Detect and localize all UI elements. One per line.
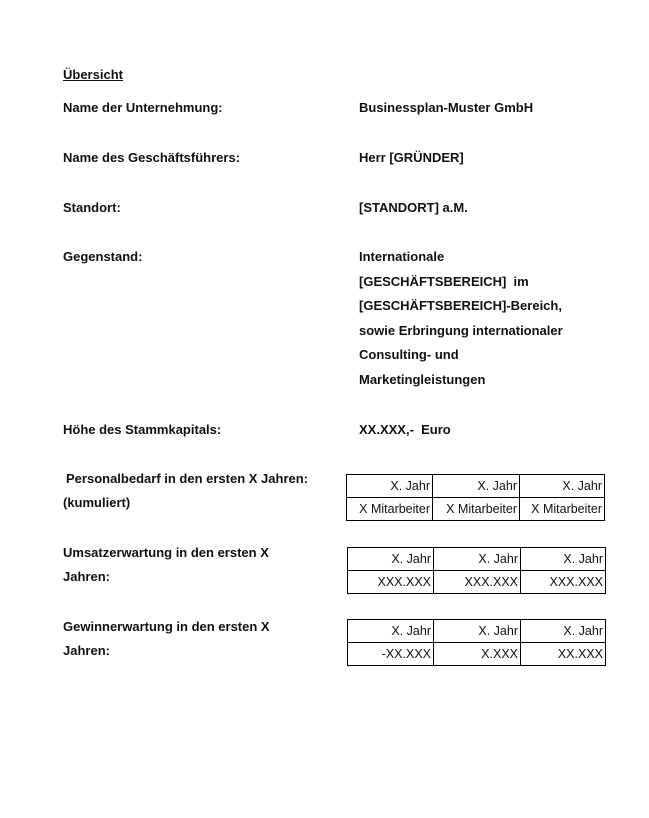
profit-label-line: Jahren: [63,639,270,663]
value-business-purpose: Internationale [GESCHÄFTSBEREICH] im [GE… [359,245,563,392]
purpose-line: sowie Erbringung internationaler [359,319,563,344]
table-cell: X. Jahr [348,548,434,571]
revenue-label-line: Umsatzerwartung in den ersten X [63,541,269,565]
table-cell: XX.XXX [521,643,606,666]
profit-table: X. Jahr X. Jahr X. Jahr -XX.XXX X.XXX XX… [347,619,606,666]
value-share-capital: XX.XXX,- Euro [359,418,451,443]
label-revenue-expectation: Umsatzerwartung in den ersten X Jahren: [63,541,269,589]
value-location: [STANDORT] a.M. [359,196,468,221]
table-cell: X.XXX [434,643,521,666]
label-staffing: Personalbedarf in den ersten X Jahren: (… [63,467,308,515]
table-header-row: X. Jahr X. Jahr X. Jahr [348,548,606,571]
label-managing-director: Name des Geschäftsführers: [63,146,240,170]
staffing-table: X. Jahr X. Jahr X. Jahr X Mitarbeiter X … [346,474,605,521]
table-cell: X. Jahr [433,475,520,498]
purpose-line: [GESCHÄFTSBEREICH] im [359,270,563,295]
table-cell: X. Jahr [348,620,434,643]
revenue-table: X. Jahr X. Jahr X. Jahr XXX.XXX XXX.XXX … [347,547,606,594]
label-profit-expectation: Gewinnerwartung in den ersten X Jahren: [63,615,270,663]
table-cell: X Mitarbeiter [520,498,605,521]
table-cell: X Mitarbeiter [347,498,433,521]
purpose-line: Internationale [359,245,563,270]
table-cell: -XX.XXX [348,643,434,666]
purpose-line: Consulting- und [359,343,563,368]
purpose-line: Marketingleistungen [359,368,563,393]
table-cell: X. Jahr [347,475,433,498]
table-cell: X. Jahr [520,475,605,498]
table-cell: X. Jahr [521,548,606,571]
table-cell: X. Jahr [521,620,606,643]
table-header-row: X. Jahr X. Jahr X. Jahr [348,620,606,643]
profit-label-line: Gewinnerwartung in den ersten X [63,615,270,639]
table-cell: XXX.XXX [348,571,434,594]
table-row: X Mitarbeiter X Mitarbeiter X Mitarbeite… [347,498,605,521]
table-header-row: X. Jahr X. Jahr X. Jahr [347,475,605,498]
staffing-label-line: Personalbedarf in den ersten X Jahren: [63,467,308,491]
table-row: -XX.XXX X.XXX XX.XXX [348,643,606,666]
label-location: Standort: [63,196,121,220]
section-title: Übersicht [63,67,123,82]
value-company-name: Businessplan-Muster GmbH [359,96,533,121]
label-share-capital: Höhe des Stammkapitals: [63,418,221,442]
table-cell: X. Jahr [434,620,521,643]
table-cell: X. Jahr [434,548,521,571]
purpose-line: [GESCHÄFTSBEREICH]-Bereich, [359,294,563,319]
label-business-purpose: Gegenstand: [63,245,142,269]
label-company-name: Name der Unternehmung: [63,96,223,120]
table-cell: XXX.XXX [521,571,606,594]
table-cell: XXX.XXX [434,571,521,594]
table-row: XXX.XXX XXX.XXX XXX.XXX [348,571,606,594]
table-cell: X Mitarbeiter [433,498,520,521]
value-managing-director: Herr [GRÜNDER] [359,146,464,171]
revenue-label-line: Jahren: [63,565,269,589]
staffing-label-line: (kumuliert) [63,491,308,515]
